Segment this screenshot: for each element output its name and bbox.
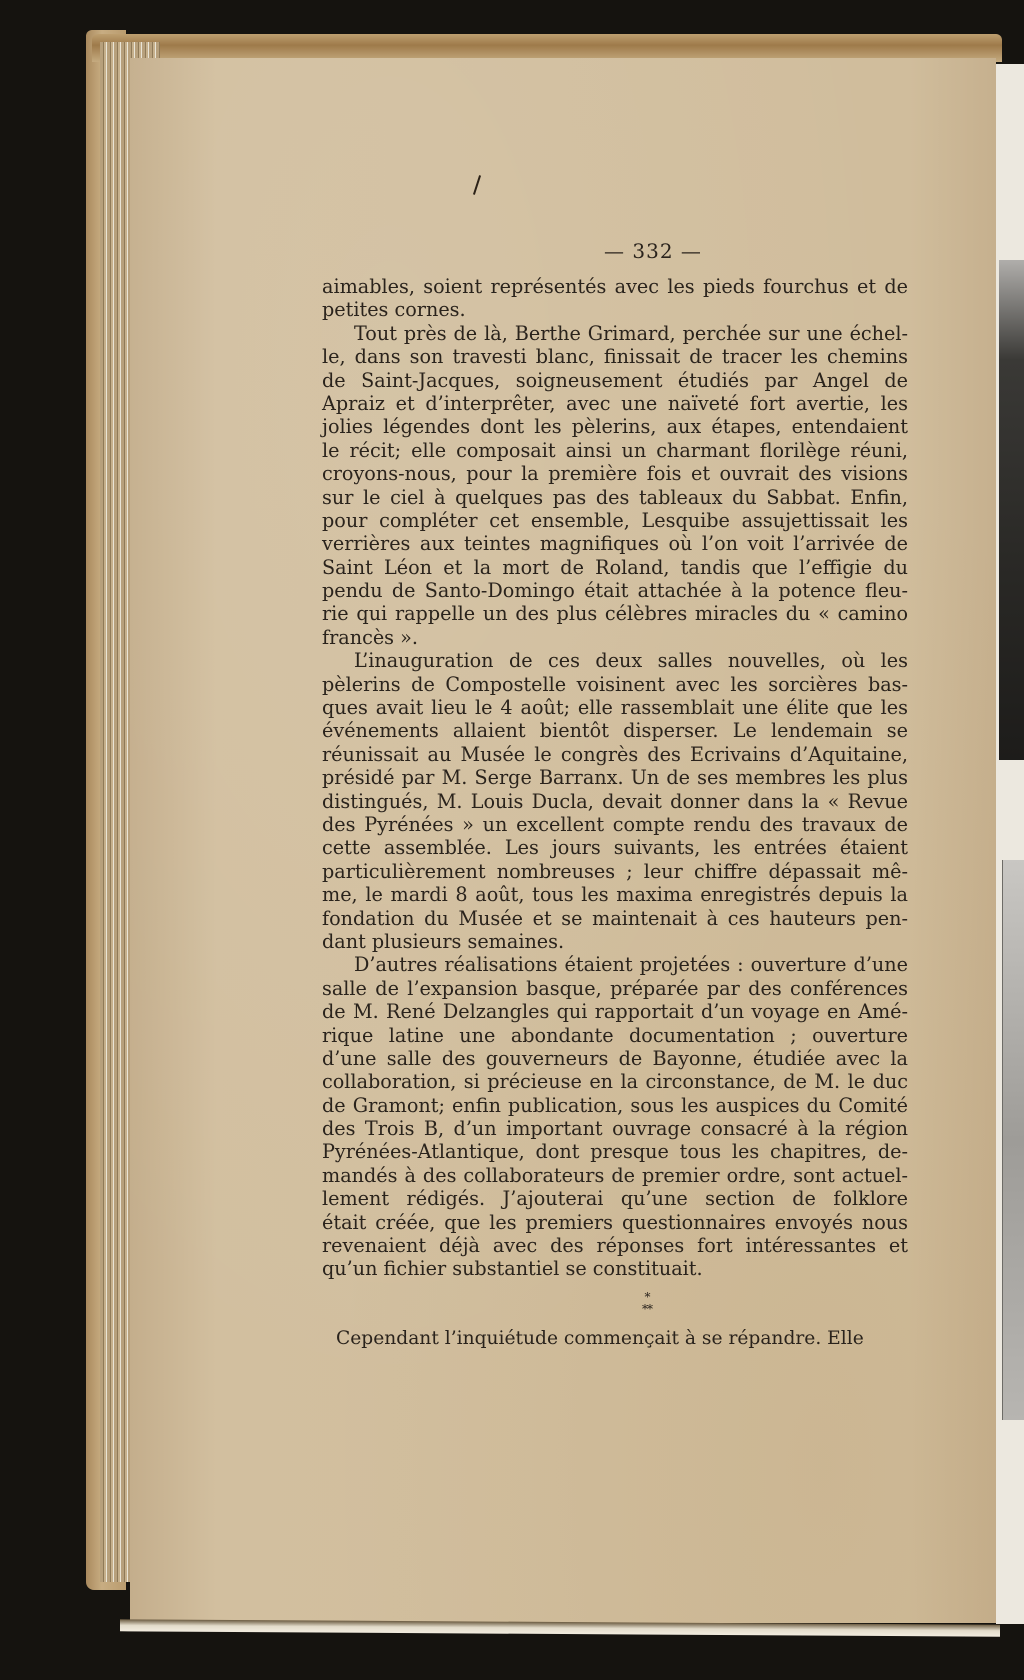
text-line: sur le ciel à quelques pas des tableaux … xyxy=(322,486,908,509)
text-line: Cependant l’inquiétude commençait à se r… xyxy=(322,1327,916,1350)
text-line: petites cornes. xyxy=(322,298,908,321)
text-line: ques avait lieu le 4 août; elle rassembl… xyxy=(322,696,908,719)
text-line: était créée, que les premiers questionna… xyxy=(322,1211,908,1234)
text-line: qu’un fichier substantiel se constituait… xyxy=(322,1257,908,1280)
text-line: aimables, soient représentés avec les pi… xyxy=(322,275,908,298)
text-line: revenaient déjà avec des réponses fort i… xyxy=(322,1234,908,1257)
facing-page-photo-bottom xyxy=(1002,860,1024,1420)
text-line: particulièrement nombreuses ; leur chiff… xyxy=(322,860,908,883)
text-line: le, dans son travesti blanc, finissait d… xyxy=(322,345,908,368)
text-line: salle de l’expansion basque, préparée pa… xyxy=(322,977,908,1000)
text-line: D’autres réalisations étaient projetées … xyxy=(322,953,908,976)
text-line: francès ». xyxy=(322,626,908,649)
asterism-top: * xyxy=(645,1292,650,1302)
text-line: me, le mardi 8 août, tous les maxima enr… xyxy=(322,883,908,906)
text-line: pèlerins de Compostelle voisinent avec l… xyxy=(322,673,908,696)
text-line: Tout près de là, Berthe Grimard, perchée… xyxy=(322,322,908,345)
text-line: jolies légendes dont les pèlerins, aux é… xyxy=(322,415,908,438)
paragraph: D’autres réalisations étaient projetées … xyxy=(322,953,972,1280)
text-line: de Saint-Jacques, soigneusement étudiés … xyxy=(322,369,908,392)
text-line: pour compléter cet ensemble, Lesquibe as… xyxy=(322,509,908,532)
text-line: le récit; elle composait ainsi un charma… xyxy=(322,439,908,462)
text-line: Apraiz et d’interprêter, avec une naïvet… xyxy=(322,392,908,415)
text-line: collaboration, si précieuse en la circon… xyxy=(322,1070,908,1093)
page-text: — 332 — aimables, soient représentés ave… xyxy=(322,240,972,1350)
text-line: fondation du Musée et se maintenait à ce… xyxy=(322,907,908,930)
paragraph: L’inauguration de ces deux salles nouvel… xyxy=(322,649,972,953)
text-line: L’inauguration de ces deux salles nouvel… xyxy=(322,649,908,672)
text-line: d’une salle des gouverneurs de Bayonne, … xyxy=(322,1047,908,1070)
text-line: rique latine une abondante documentation… xyxy=(322,1024,908,1047)
text-line: dant plusieurs semaines. xyxy=(322,930,908,953)
text-line: de Gramont; enfin publication, sous les … xyxy=(322,1094,908,1117)
text-line: de M. René Delzangles qui rapportait d’u… xyxy=(322,1000,908,1023)
text-line: pendu de Santo-Domingo était attachée à … xyxy=(322,579,908,602)
text-line: des Trois B, d’un important ouvrage cons… xyxy=(322,1117,908,1140)
text-line: cette assemblée. Les jours suivants, les… xyxy=(322,836,908,859)
facing-page-photo-top xyxy=(999,260,1024,760)
text-line: lement rédigés. J’ajouterai qu’une secti… xyxy=(322,1187,908,1210)
text-line: événements allaient bientôt disperser. L… xyxy=(322,719,908,742)
paragraph: aimables, soient représentés avec les pi… xyxy=(322,275,972,322)
text-line: réunissait au Musée le congrès des Ecriv… xyxy=(322,743,908,766)
text-line: verrières aux teintes magnifiques où l’o… xyxy=(322,532,908,555)
text-line: mandés à des collaborateurs de premier o… xyxy=(322,1164,908,1187)
text-line: des Pyrénées » un excellent compte rendu… xyxy=(322,813,908,836)
text-line: Saint Léon et la mort de Roland, tandis … xyxy=(322,556,908,579)
text-line: croyons-nous, pour la première fois et o… xyxy=(322,462,908,485)
paragraph: Tout près de là, Berthe Grimard, perchée… xyxy=(322,322,972,649)
text-line: distingués, M. Louis Ducla, devait donne… xyxy=(322,790,908,813)
page-number: — 332 — xyxy=(322,240,972,264)
asterism-bottom: ** xyxy=(642,1304,652,1314)
text-line: présidé par M. Serge Barranx. Un de ses … xyxy=(322,766,908,789)
text-line: Pyrénées-Atlantique, dont presque tous l… xyxy=(322,1140,908,1163)
text-line: rie qui rappelle un des plus célèbres mi… xyxy=(322,602,908,625)
section-break-asterism: * ** xyxy=(322,1281,972,1321)
